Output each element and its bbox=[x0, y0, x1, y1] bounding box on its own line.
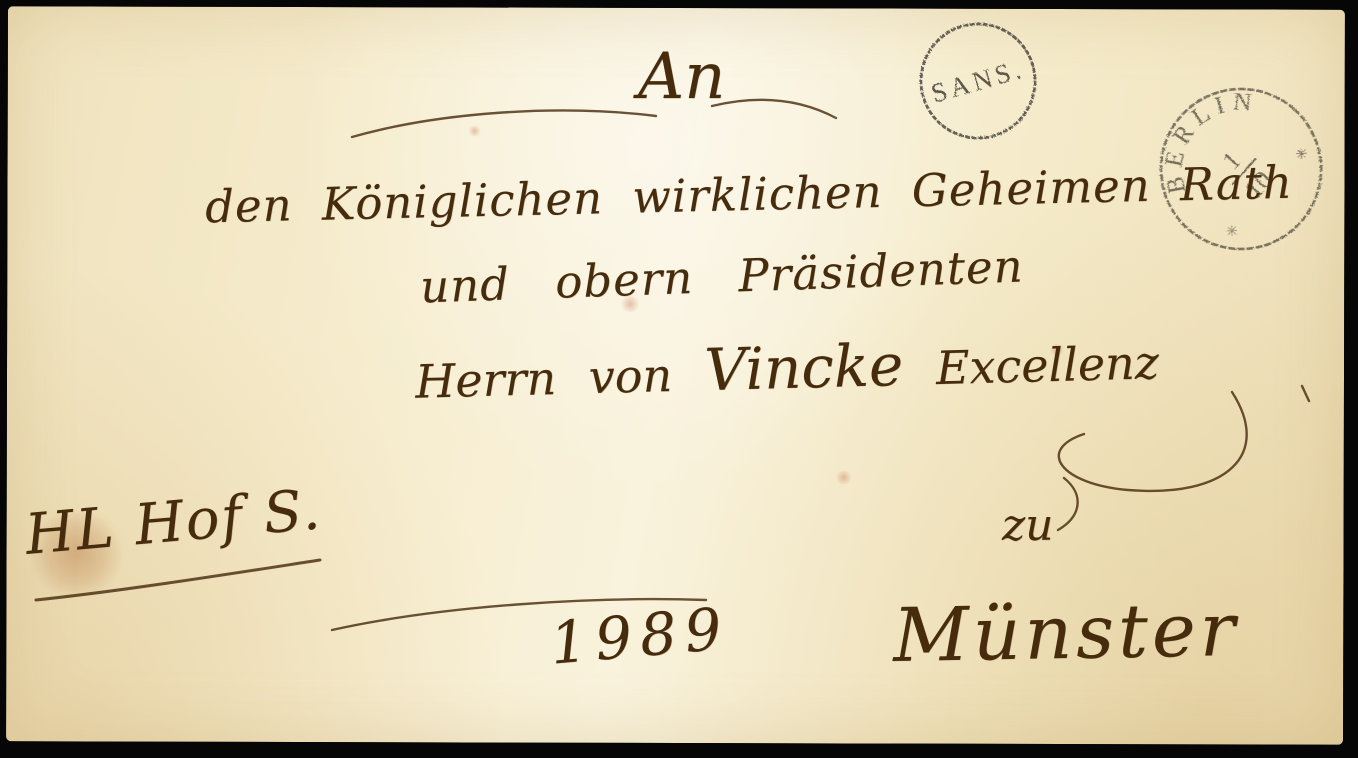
photo-stage: SANS. BERLIN 1 10 ✳ ✳ An den Königlichen… bbox=[0, 0, 1358, 758]
sans-postmark: SANS. bbox=[917, 20, 1039, 142]
recipient-name: Vincke bbox=[704, 331, 904, 404]
foxing-speck bbox=[468, 125, 482, 136]
destination-city: Münster bbox=[892, 587, 1239, 679]
destination-connector: zu bbox=[1002, 500, 1054, 551]
foxing-speck bbox=[835, 470, 853, 484]
recipient-honorific: Herrn von bbox=[415, 348, 673, 409]
sans-postmark-label: SANS. bbox=[928, 53, 1028, 108]
recipient-title: Excellenz bbox=[935, 335, 1159, 395]
address-salutation: An bbox=[638, 40, 725, 114]
berlin-ornament-icon: ✳ bbox=[1221, 220, 1243, 241]
berlin-ornament-icon: ✳ bbox=[1291, 143, 1313, 164]
